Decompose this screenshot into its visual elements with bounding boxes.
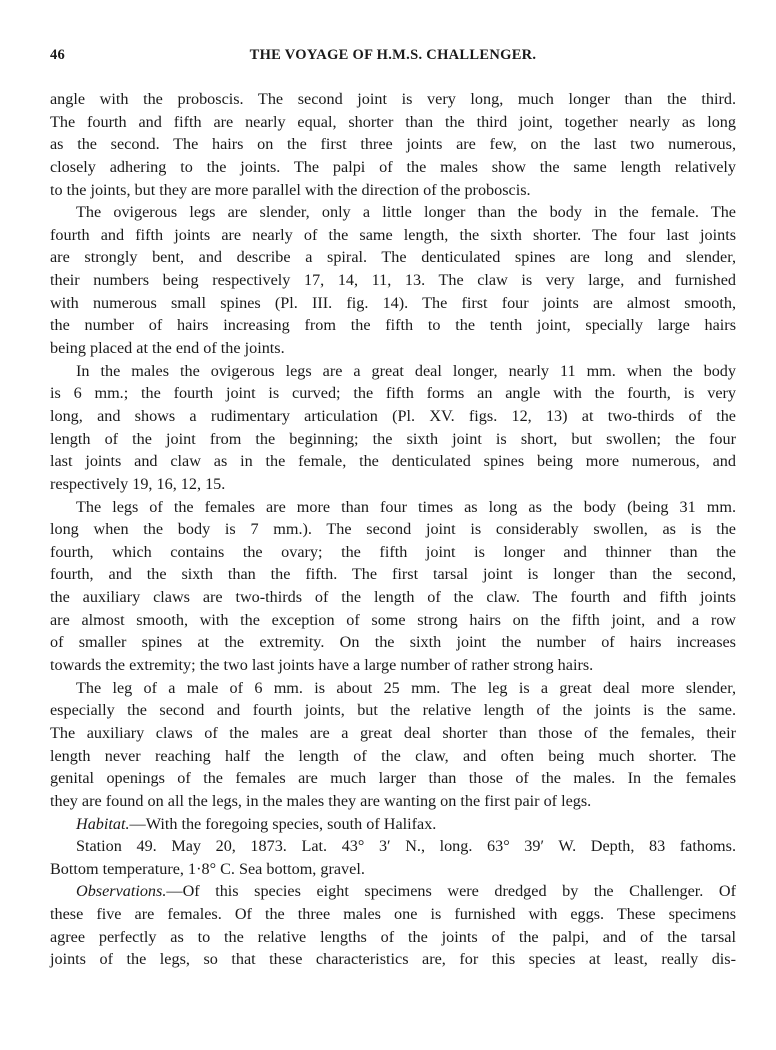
text-line: towards the extremity; the two last join… <box>50 654 736 677</box>
text-line: angle with the proboscis. The second joi… <box>50 88 736 111</box>
text-line: especially the second and fourth joints,… <box>50 699 736 722</box>
text-line: being placed at the end of the joints. <box>50 337 736 360</box>
page-header: 46 THE VOYAGE OF H.M.S. CHALLENGER. <box>50 47 736 69</box>
text-line: with numerous small spines (Pl. III. fig… <box>50 292 736 315</box>
text-line: In the males the ovigerous legs are a gr… <box>50 360 736 383</box>
text-line: The auxiliary claws of the males are a g… <box>50 722 736 745</box>
text-line: to the joints, but they are more paralle… <box>50 179 736 202</box>
text-line: length of the joint from the beginning; … <box>50 428 736 451</box>
station-line-2: Bottom temperature, 1·8° C. Sea bottom, … <box>50 858 736 881</box>
observations-label: Observations. <box>76 882 166 900</box>
text-line: the number of hairs increasing from the … <box>50 314 736 337</box>
text-line: their numbers being respectively 17, 14,… <box>50 269 736 292</box>
text-line: as the second. The hairs on the first th… <box>50 133 736 156</box>
text-line: of smaller spines at the extremity. On t… <box>50 631 736 654</box>
text-line: long, and shows a rudimentary articulati… <box>50 405 736 428</box>
text-line: are almost smooth, with the exception of… <box>50 609 736 632</box>
text-line: are strongly bent, and describe a spiral… <box>50 246 736 269</box>
text-line: they are found on all the legs, in the m… <box>50 790 736 813</box>
text-line: fourth, which contains the ovary; the fi… <box>50 541 736 564</box>
text-line: The ovigerous legs are slender, only a l… <box>50 201 736 224</box>
page-body: angle with the proboscis. The second joi… <box>50 88 736 971</box>
body-lines: angle with the proboscis. The second joi… <box>50 88 736 813</box>
text-line: is 6 mm.; the fourth joint is curved; th… <box>50 382 736 405</box>
observations-text: —Of this species eight specimens were dr… <box>166 882 736 900</box>
text-line: length never reaching half the length of… <box>50 745 736 768</box>
habitat-label: Habitat. <box>76 815 130 833</box>
station-line-1: Station 49. May 20, 1873. Lat. 43° 3′ N.… <box>50 835 736 858</box>
habitat-line: Habitat.—With the foregoing species, sou… <box>50 813 736 836</box>
text-line: closely adhering to the joints. The palp… <box>50 156 736 179</box>
habitat-text: —With the foregoing species, south of Ha… <box>130 815 437 833</box>
text-line: The legs of the females are more than fo… <box>50 496 736 519</box>
text-line: last joints and claw as in the female, t… <box>50 450 736 473</box>
observations-line-4: joints of the legs, so that these charac… <box>50 948 736 971</box>
observations-line-3: agree perfectly as to the relative lengt… <box>50 926 736 949</box>
text-line: the auxiliary claws are two-thirds of th… <box>50 586 736 609</box>
text-line: fourth and fifth joints are nearly of th… <box>50 224 736 247</box>
observations-line-1: Observations.—Of this species eight spec… <box>50 880 736 903</box>
text-line: respectively 19, 16, 12, 15. <box>50 473 736 496</box>
text-line: The leg of a male of 6 mm. is about 25 m… <box>50 677 736 700</box>
text-line: long when the body is 7 mm.). The second… <box>50 518 736 541</box>
text-line: fourth, and the sixth than the fifth. Th… <box>50 563 736 586</box>
text-line: The fourth and fifth are nearly equal, s… <box>50 111 736 134</box>
running-title: THE VOYAGE OF H.M.S. CHALLENGER. <box>50 47 736 64</box>
observations-line-2: these five are females. Of the three mal… <box>50 903 736 926</box>
text-line: genital openings of the females are much… <box>50 767 736 790</box>
